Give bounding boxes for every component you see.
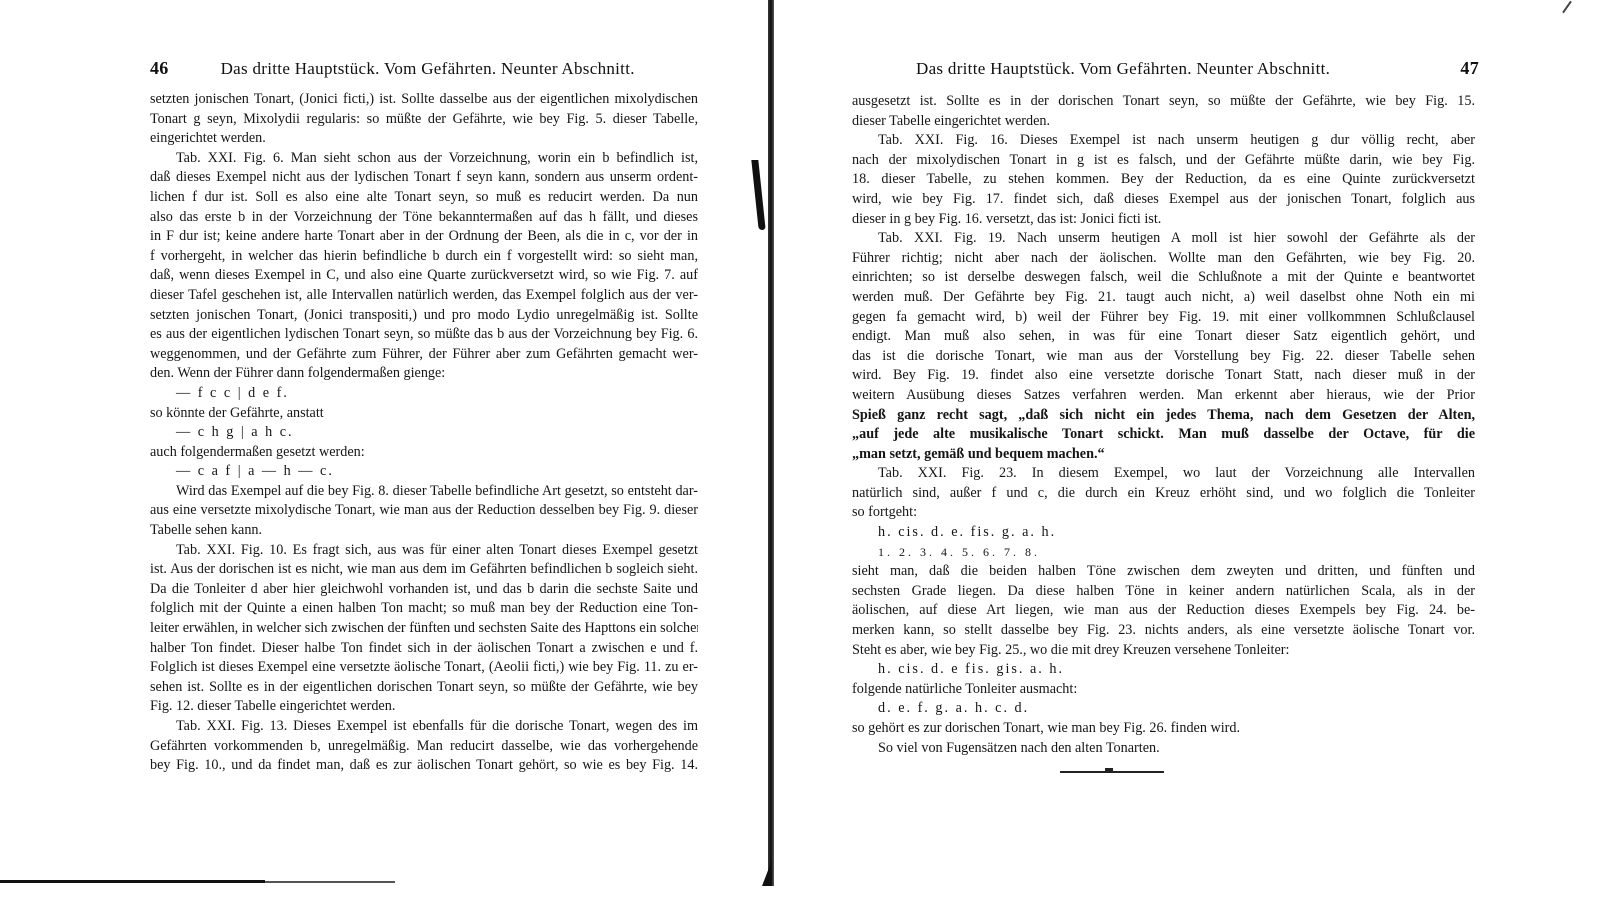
section-end-ornament — [1105, 768, 1113, 772]
text-line: Tonart g seyn, Mixolydii regularis: so m… — [150, 110, 698, 130]
text-line: Tab. XXI. Fig. 16. Dieses Exempel ist na… — [852, 131, 1475, 151]
music-example-line: — f c c | d e f. — [150, 384, 698, 404]
text-line: leiter erwählen, in welcher sich zwische… — [150, 619, 698, 639]
text-line: wird. Bey Fig. 19. findet also eine vers… — [852, 366, 1475, 386]
text-line: folglich mit der Quinte a einen halben T… — [150, 599, 698, 619]
page-bottom-edge — [0, 880, 265, 883]
text-line: setzten jonischen Tonart, (Jonici transp… — [150, 306, 698, 326]
text-line: dieser Tabelle eingerichtet werden. — [852, 112, 1475, 132]
text-line: Tab. XXI. Fig. 10. Es fragt sich, aus wa… — [150, 541, 698, 561]
music-example-line: — c a f | a — h — c. — [150, 462, 698, 482]
text-line: bey Fig. 10., und da findet man, daß es … — [150, 756, 698, 776]
text-line: Tabelle sehen kann. — [150, 521, 698, 541]
text-line: Tab. XXI. Fig. 13. Dieses Exempel ist eb… — [150, 717, 698, 737]
text-line: Führer richtig; nicht aber nach der äoli… — [852, 249, 1475, 269]
running-head-title: Das dritte Hauptstück. Vom Gefährten. Ne… — [916, 59, 1330, 79]
text-line: Fig. 12. dieser Tabelle eingerichtet wer… — [150, 697, 698, 717]
closing-line: So viel von Fugensätzen nach den alten T… — [852, 739, 1475, 759]
text-line: Tab. XXI. Fig. 6. Man sieht schon aus de… — [150, 149, 698, 169]
text-line: daß dieses Exempel nicht aus der lydisch… — [150, 168, 698, 188]
text-line: ausgesetzt ist. Sollte es in der dorisch… — [852, 92, 1475, 112]
quotation-line: „auf jede alte musikalische Tonart schic… — [852, 425, 1475, 445]
text-line: wird, wie bey Fig. 17. findet sich, daß … — [852, 190, 1475, 210]
text-line: also das erste b in der Vorzeichnung der… — [150, 208, 698, 228]
text-line: Tab. XXI. Fig. 19. Nach unserm heutigen … — [852, 229, 1475, 249]
text-line: auch folgendermaßen gesetzt werden: — [150, 443, 698, 463]
text-line: sieht man, daß die beiden halben Töne zw… — [852, 562, 1475, 582]
text-line: sehen ist. Sollte es in der eigentlichen… — [150, 678, 698, 698]
text-line: endigt. Man muß also sehen, in was für e… — [852, 327, 1475, 347]
left-page: 46 Das dritte Hauptstück. Vom Gefährten.… — [0, 0, 770, 918]
text-line: f vorhergeht, in welcher das hierin befi… — [150, 247, 698, 267]
running-head-left: 46 Das dritte Hauptstück. Vom Gefährten.… — [150, 58, 695, 84]
text-line: dieser in g bey Fig. 16. versetzt, das i… — [852, 210, 1475, 230]
text-line: Wird das Exempel auf die bey Fig. 8. die… — [150, 482, 698, 502]
text-line: setzten jonischen Tonart, (Jonici ficti,… — [150, 90, 698, 110]
book-gutter — [768, 0, 774, 886]
text-line: so gehört es zur dorischen Tonart, wie m… — [852, 719, 1475, 739]
text-line: daß, wenn dieses Exempel in C, und also … — [150, 266, 698, 286]
text-line: Steht es aber, wie bey Fig. 25., wo die … — [852, 641, 1475, 661]
text-line: so könnte der Gefährte, anstatt — [150, 404, 698, 424]
text-line: lichen f dur ist. Soll es also eine alte… — [150, 188, 698, 208]
page-number: 46 — [150, 58, 169, 79]
page-bottom-edge-fade — [265, 881, 395, 883]
text-line: gegen fa gemacht wird, b) weil der Führe… — [852, 308, 1475, 328]
scale-line: d. e. f. g. a. h. c. d. — [852, 699, 1475, 719]
text-line: 18. dieser Tabelle, zu stehen kommen. Be… — [852, 170, 1475, 190]
text-line: den. Wenn der Führer dann folgendermaßen… — [150, 364, 698, 384]
text-line: halber Ton findet. Dieser halbe Ton find… — [150, 639, 698, 659]
running-head-title: Das dritte Hauptstück. Vom Gefährten. Ne… — [221, 59, 635, 79]
text-line: sechsten Grade liegen. Da diese halben T… — [852, 582, 1475, 602]
text-line: dieser Tafel geschehen ist, alle Interva… — [150, 286, 698, 306]
body-text-left: setzten jonischen Tonart, (Jonici ficti,… — [150, 90, 698, 776]
quotation-line: Spieß ganz recht sagt, „daß sich nicht e… — [852, 406, 1475, 426]
text-line: so fortgeht: — [852, 503, 1475, 523]
text-line: Folglich ist dieses Exempel eine versetz… — [150, 658, 698, 678]
scale-line: h. cis. d. e. fis. g. a. h. — [852, 523, 1475, 543]
text-line: folgende natürliche Tonleiter ausmacht: — [852, 680, 1475, 700]
text-line: Gefährten vorkommenden b, unregelmäßig. … — [150, 737, 698, 757]
text-line: eingerichtet werden. — [150, 129, 698, 149]
text-line: Da die Tonleiter d aber hier gleichwohl … — [150, 580, 698, 600]
text-line: das ist die dorische Tonart, wie man aus… — [852, 347, 1475, 367]
quotation-line: „man setzt, gemäß und bequem machen.“ — [852, 445, 1475, 465]
page-number: 47 — [1460, 58, 1479, 79]
text-line: weggenommen, und der Gefährte zum Führer… — [150, 345, 698, 365]
text-line: in F dur ist; keine andere harte Tonart … — [150, 227, 698, 247]
body-text-right: ausgesetzt ist. Sollte es in der dorisch… — [852, 92, 1475, 758]
right-page: Das dritte Hauptstück. Vom Gefährten. Ne… — [776, 0, 1599, 918]
running-head-right: Das dritte Hauptstück. Vom Gefährten. Ne… — [916, 58, 1479, 84]
text-line: merken kann, so stellt dasselbe bey Fig.… — [852, 621, 1475, 641]
text-line: äolischen, auf diese Art liegen, wie man… — [852, 601, 1475, 621]
text-line: es aus der eigentlichen lydischen Tonart… — [150, 325, 698, 345]
text-line: einrichten; so ist derselbe deswegen fal… — [852, 268, 1475, 288]
scale-degree-line: 1. 2. 3. 4. 5. 6. 7. 8. — [852, 543, 1475, 563]
text-line: nach der mixolydischen Tonart in g ist e… — [852, 151, 1475, 171]
text-line: natürlich sind, außer f und c, die durch… — [852, 484, 1475, 504]
text-line: weitern Ausübung dieses Satzes verfahren… — [852, 386, 1475, 406]
text-line: werden muß. Der Gefährte bey Fig. 21. ta… — [852, 288, 1475, 308]
music-example-line: — c h g | a h c. — [150, 423, 698, 443]
text-line: Tab. XXI. Fig. 23. In diesem Exempel, wo… — [852, 464, 1475, 484]
text-line: aus eine versetzte mixolydische Tonart, … — [150, 501, 698, 521]
text-line: ist. Aus der dorischen ist es nicht, wie… — [150, 560, 698, 580]
scale-line: h. cis. d. e fis. gis. a. h. — [852, 660, 1475, 680]
